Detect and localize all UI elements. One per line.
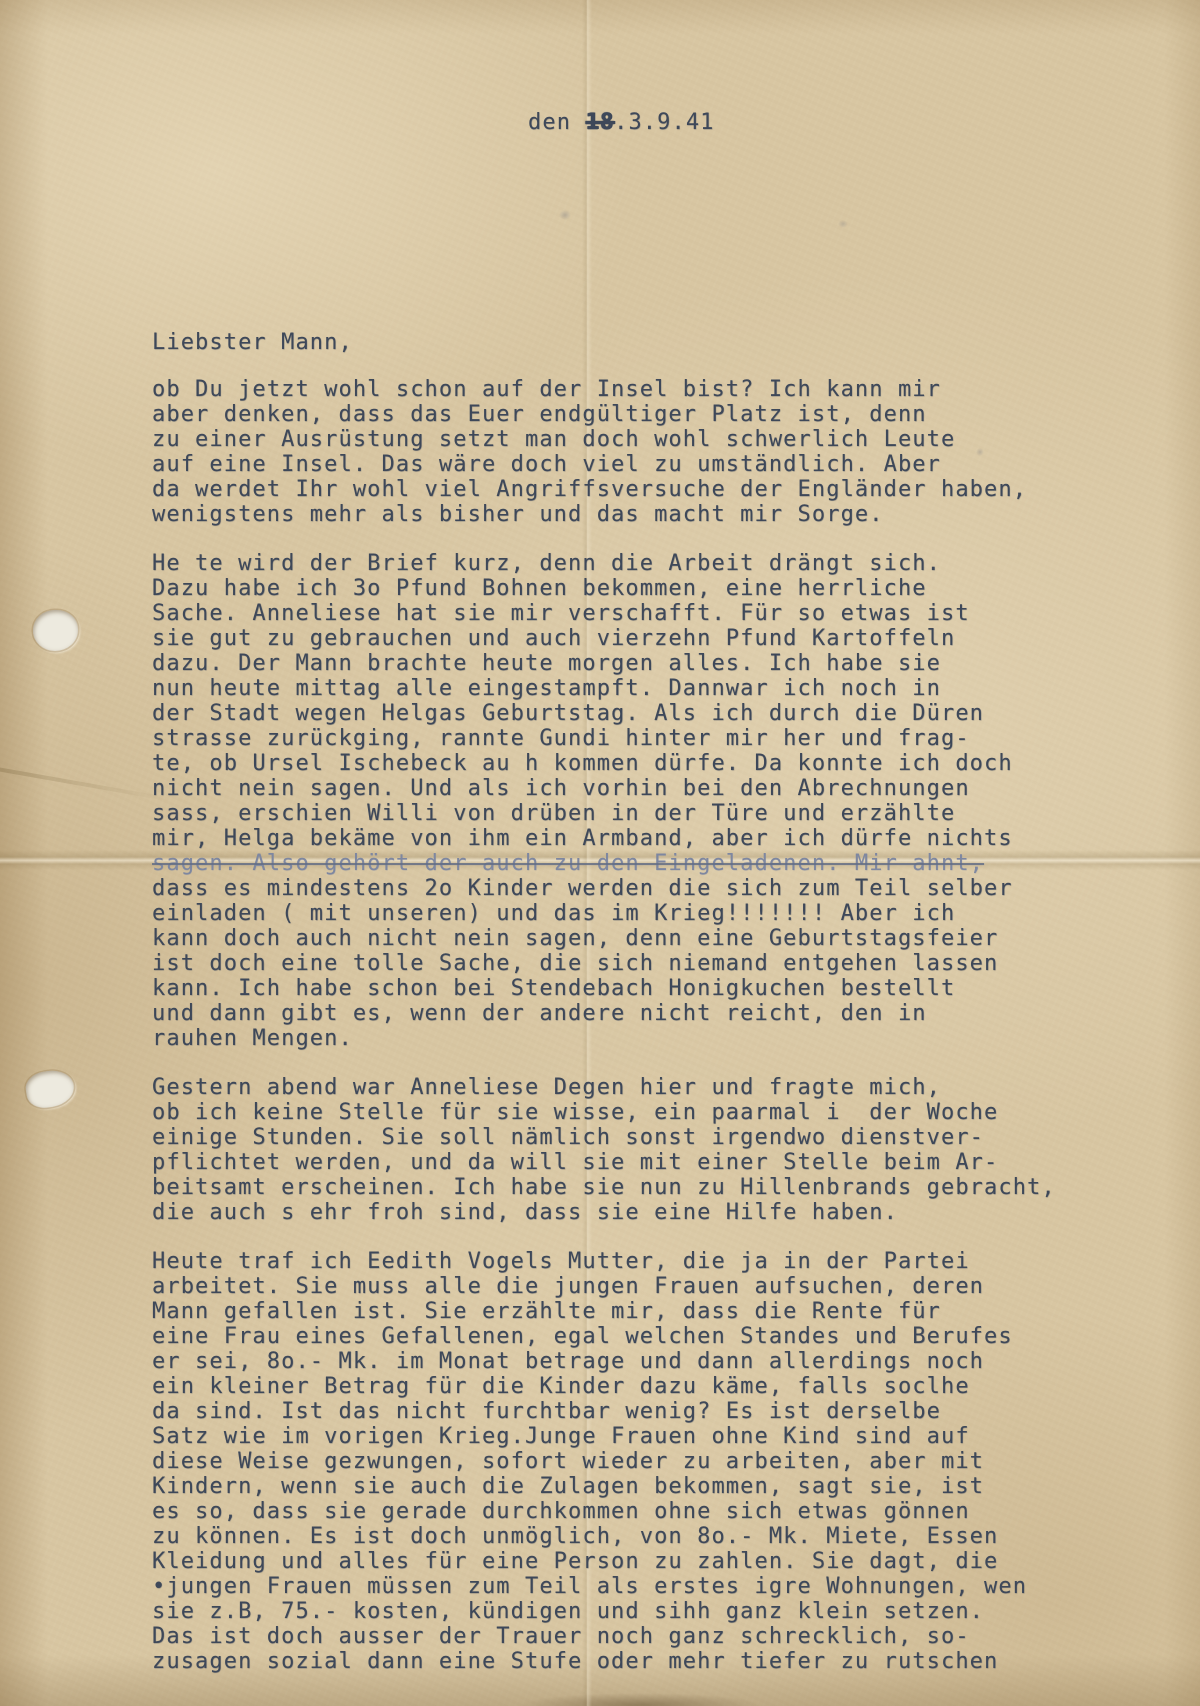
letter-line: Kindern, wenn sie auch die Zulagen bekom… [152, 1474, 1132, 1499]
letter-line: nicht nein sagen. Und als ich vorhin bei… [152, 776, 1132, 801]
letter-line: Mann gefallen ist. Sie erzählte mir, das… [152, 1299, 1132, 1324]
letter-line: da werdet Ihr wohl viel Angriffsversuche… [152, 477, 1132, 502]
fold-crease-diagonal [0, 766, 171, 801]
letter-line: eine Frau eines Gefallenen, egal welchen… [152, 1324, 1132, 1349]
letter-line: und dann gibt es, wenn der andere nicht … [152, 1001, 1132, 1026]
letter-line: wenigstens mehr als bisher und das macht… [152, 502, 1132, 527]
letter-line: sie z.B, 75.- kosten, kündigen und sihh … [152, 1599, 1132, 1624]
letter-line: He te wird der Brief kurz, denn die Arbe… [152, 551, 1132, 576]
letter-date: den 18.3.9.41 [528, 110, 715, 135]
letter-line: Gestern abend war Anneliese Degen hier u… [152, 1075, 1132, 1100]
letter-line: ein kleiner Betrag für die Kinder dazu k… [152, 1374, 1132, 1399]
letter-line: kann. Ich habe schon bei Stendebach Honi… [152, 976, 1132, 1001]
date-rest: .3.9.41 [614, 110, 714, 135]
letter-line: nun heute mittag alle eingestampft. Dann… [152, 676, 1132, 701]
letter-line: mir, Helga bekäme von ihm ein Armband, a… [152, 826, 1132, 851]
letter-line: pflichtet werden, und da will sie mit ei… [152, 1150, 1132, 1175]
letter-salutation: Liebster Mann, [152, 330, 353, 355]
letter-paragraph: He te wird der Brief kurz, denn die Arbe… [152, 551, 1132, 1051]
letter-line: ob ich keine Stelle für sie wisse, ein p… [152, 1100, 1132, 1125]
letter-line: beitsamt erscheinen. Ich habe sie nun zu… [152, 1175, 1132, 1200]
letter-line: dazu. Der Mann brachte heute morgen alle… [152, 651, 1132, 676]
letter-line: die auch s ehr froh sind, dass sie eine … [152, 1200, 1132, 1225]
letter-line: sagen. Also gehört der auch zu den Einge… [152, 851, 1132, 876]
letter-line: Kleidung und alles für eine Person zu za… [152, 1549, 1132, 1574]
letter-line: Satz wie im vorigen Krieg.Junge Frauen o… [152, 1424, 1132, 1449]
letter-line: dass es mindestens 2o Kinder werden die … [152, 876, 1132, 901]
letter-paragraph: Gestern abend war Anneliese Degen hier u… [152, 1075, 1132, 1225]
letter-line: strasse zurückging, rannte Gundi hinter … [152, 726, 1132, 751]
letter-scan: den 18.3.9.41 Liebster Mann, ob Du jetzt… [0, 0, 1200, 1706]
letter-line: einige Stunden. Sie soll nämlich sonst i… [152, 1125, 1132, 1150]
punch-hole-top [33, 610, 78, 651]
letter-line: aber denken, dass das Euer endgültiger P… [152, 402, 1132, 427]
letter-paragraph: ob Du jetzt wohl schon auf der Insel bis… [152, 377, 1132, 527]
letter-line: Dazu habe ich 3o Pfund Bohnen bekommen, … [152, 576, 1132, 601]
letter-line: einladen ( mit unseren) und das im Krieg… [152, 901, 1132, 926]
letter-line: rauhen Mengen. [152, 1026, 1132, 1051]
letter-line: arbeitet. Sie muss alle die jungen Fraue… [152, 1274, 1132, 1299]
letter-line: kann doch auch nicht nein sagen, denn ei… [152, 926, 1132, 951]
letter-line: es so, dass sie gerade durchkommen ohne … [152, 1499, 1132, 1524]
letter-line: Heute traf ich Eedith Vogels Mutter, die… [152, 1249, 1132, 1274]
letter-line: •jungen Frauen müssen zum Teil als erste… [152, 1574, 1132, 1599]
letter-line: diese Weise gezwungen, sofort wieder zu … [152, 1449, 1132, 1474]
letter-line: zu einer Ausrüstung setzt man doch wohl … [152, 427, 1132, 452]
letter-line: te, ob Ursel Ischebeck au h kommen dürfe… [152, 751, 1132, 776]
date-prefix: den [528, 110, 585, 135]
letter-line: da sind. Ist das nicht furchtbar wenig? … [152, 1399, 1132, 1424]
letter-line: ist doch eine tolle Sache, die sich niem… [152, 951, 1132, 976]
punch-hole-bottom [23, 1067, 76, 1110]
letter-line: auf eine Insel. Das wäre doch viel zu um… [152, 452, 1132, 477]
letter-line: sie gut zu gebrauchen und auch vierzehn … [152, 626, 1132, 651]
letter-line: Das ist doch ausser der Trauer noch ganz… [152, 1624, 1132, 1649]
letter-body: ob Du jetzt wohl schon auf der Insel bis… [152, 377, 1132, 1698]
date-overstruck-digits: 18 [585, 110, 614, 135]
letter-line: ob Du jetzt wohl schon auf der Insel bis… [152, 377, 1132, 402]
letter-line: Sache. Anneliese hat sie mir verschafft.… [152, 601, 1132, 626]
letter-line: zusagen sozial dann eine Stufe oder mehr… [152, 1649, 1132, 1674]
letter-line: er sei, 8o.- Mk. im Monat betrage und da… [152, 1349, 1132, 1374]
letter-paragraph: Heute traf ich Eedith Vogels Mutter, die… [152, 1249, 1132, 1674]
letter-line: der Stadt wegen Helgas Geburtstag. Als i… [152, 701, 1132, 726]
letter-line: zu können. Es ist doch unmöglich, von 8o… [152, 1524, 1132, 1549]
letter-line: sass, erschien Willi von drüben in der T… [152, 801, 1132, 826]
